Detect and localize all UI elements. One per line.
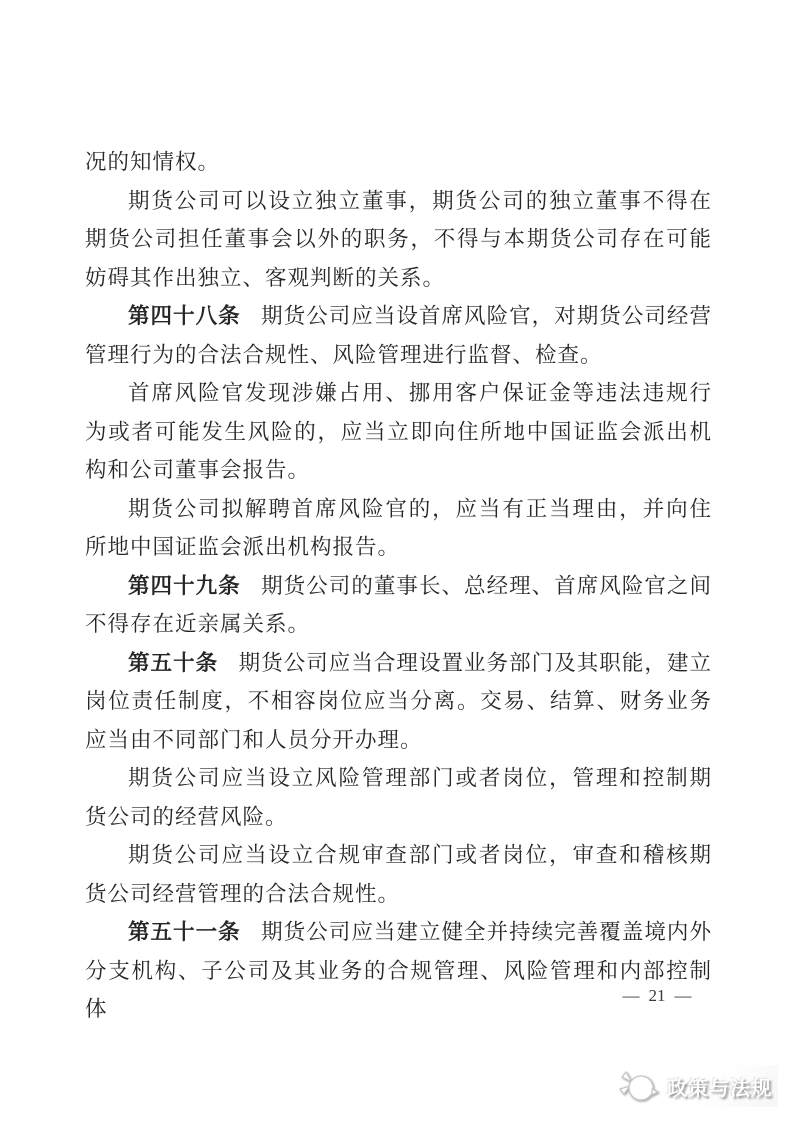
page-number-value: 21 xyxy=(649,986,666,1006)
document-page: { "document": { "paragraphs": [ { "text"… xyxy=(0,0,794,1123)
paragraph-article-50: 第五十条期货公司应当合理设置业务部门及其职能，建立岗位责任制度，不相容岗位应当分… xyxy=(85,644,712,760)
page-number-dash-left: — xyxy=(623,986,640,1006)
paragraph: 首席风险官发现涉嫌占用、挪用客户保证金等违法违规行为或者可能发生风险的，应当立即… xyxy=(85,374,712,490)
document-text-block: 况的知情权。 期货公司可以设立独立董事，期货公司的独立董事不得在期货公司担任董事… xyxy=(85,143,712,1029)
article-term: 第五十一条 xyxy=(128,920,241,944)
paragraph-text: 期货公司可以设立独立董事，期货公司的独立董事不得在期货公司担任董事会以外的职务，… xyxy=(85,189,712,290)
bird-icon xyxy=(619,1069,659,1103)
paragraph: 期货公司拟解聘首席风险官的，应当有正当理由，并向住所地中国证监会派出机构报告。 xyxy=(85,490,712,567)
paragraph-continuation: 况的知情权。 xyxy=(85,143,712,182)
paragraph-text: 期货公司拟解聘首席风险官的，应当有正当理由，并向住所地中国证监会派出机构报告。 xyxy=(85,497,712,560)
article-term: 第五十条 xyxy=(128,651,218,675)
paragraph-text: 期货公司应当设立风险管理部门或者岗位，管理和控制期货公司的经营风险。 xyxy=(85,766,712,829)
paragraph-text: 况的知情权。 xyxy=(85,150,220,174)
paragraph-article-49: 第四十九条期货公司的董事长、总经理、首席风险官之间不得存在近亲属关系。 xyxy=(85,567,712,644)
page-number-dash-right: — xyxy=(675,986,692,1006)
paragraph-text: 首席风险官发现涉嫌占用、挪用客户保证金等违法违规行为或者可能发生风险的，应当立即… xyxy=(85,381,712,482)
paragraph-article-51: 第五十一条期货公司应当建立健全并持续完善覆盖境内外分支机构、子公司及其业务的合规… xyxy=(85,913,712,1029)
paragraph: 期货公司应当设立风险管理部门或者岗位，管理和控制期货公司的经营风险。 xyxy=(85,759,712,836)
paragraph: 期货公司应当设立合规审查部门或者岗位，审查和稽核期货公司经营管理的合法合规性。 xyxy=(85,836,712,913)
watermark: 政策与法规 xyxy=(613,1065,778,1107)
paragraph-text: 期货公司应当设立合规审查部门或者岗位，审查和稽核期货公司经营管理的合法合规性。 xyxy=(85,843,712,906)
article-term: 第四十九条 xyxy=(128,574,241,598)
paragraph: 期货公司可以设立独立董事，期货公司的独立董事不得在期货公司担任董事会以外的职务，… xyxy=(85,182,712,298)
paragraph-article-48: 第四十八条期货公司应当设首席风险官，对期货公司经营管理行为的合法合规性、风险管理… xyxy=(85,297,712,374)
watermark-label: 政策与法规 xyxy=(667,1072,772,1101)
article-term: 第四十八条 xyxy=(128,304,241,328)
page-number: — 21 — xyxy=(612,986,702,1006)
